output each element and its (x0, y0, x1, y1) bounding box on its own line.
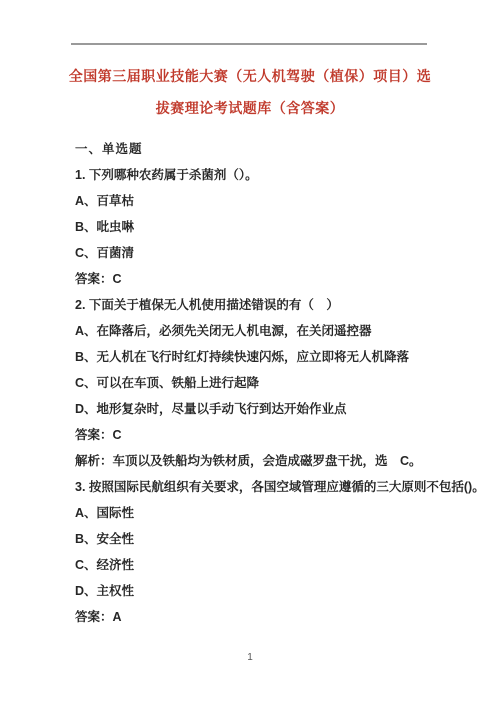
question-2-answer: 答案：C (75, 422, 435, 448)
question-2-option-a: A、在降落后，必须先关闭无人机电源，在关闭遥控器 (75, 318, 435, 344)
document-page: 全国第三届职业技能大赛（无人机驾驶（植保）项目）选拔赛理论考试题库（含答案） 一… (0, 0, 500, 707)
question-2-option-c: C、可以在车顶、铁船上进行起降 (75, 370, 435, 396)
section-heading: 一、单选题 (75, 136, 435, 162)
question-3-answer: 答案：A (75, 604, 435, 630)
question-2-option-b: B、无人机在飞行时红灯持续快速闪烁，应立即将无人机降落 (75, 344, 435, 370)
question-2-option-d: D、地形复杂时，尽量以手动飞行到达开始作业点 (75, 396, 435, 422)
question-3-text: 3. 按照国际民航组织有关要求，各国空域管理应遵循的三大原则不包括()。 (75, 474, 435, 500)
question-3-option-a: A、国际性 (75, 500, 435, 526)
question-3-option-d: D、主权性 (75, 578, 435, 604)
question-1-option-b: B、吡虫啉 (75, 214, 435, 240)
document-title: 全国第三届职业技能大赛（无人机驾驶（植保）项目）选拔赛理论考试题库（含答案） (50, 60, 450, 124)
question-2-explanation: 解析：车顶以及铁船均为铁材质，会造成磁罗盘干扰，选 C。 (75, 448, 435, 474)
document-title-line-2: 拔赛理论考试题库（含答案） (156, 100, 345, 116)
question-1-option-a: A、百草枯 (75, 188, 435, 214)
question-1-answer: 答案：C (75, 266, 435, 292)
title-top-rule (71, 43, 427, 45)
question-3-option-c: C、经济性 (75, 552, 435, 578)
question-1-option-c: C、百菌清 (75, 240, 435, 266)
question-3-option-b: B、安全性 (75, 526, 435, 552)
question-2-text: 2. 下面关于植保无人机使用描述错误的有（ ） (75, 292, 435, 318)
question-1-text: 1. 下列哪种农药属于杀菌剂（）。 (75, 162, 435, 188)
document-body: 一、单选题 1. 下列哪种农药属于杀菌剂（）。 A、百草枯 B、吡虫啉 C、百菌… (75, 136, 435, 630)
document-title-line-1: 全国第三届职业技能大赛（无人机驾驶（植保）项目）选 (69, 68, 432, 84)
page-number: 1 (0, 652, 500, 663)
